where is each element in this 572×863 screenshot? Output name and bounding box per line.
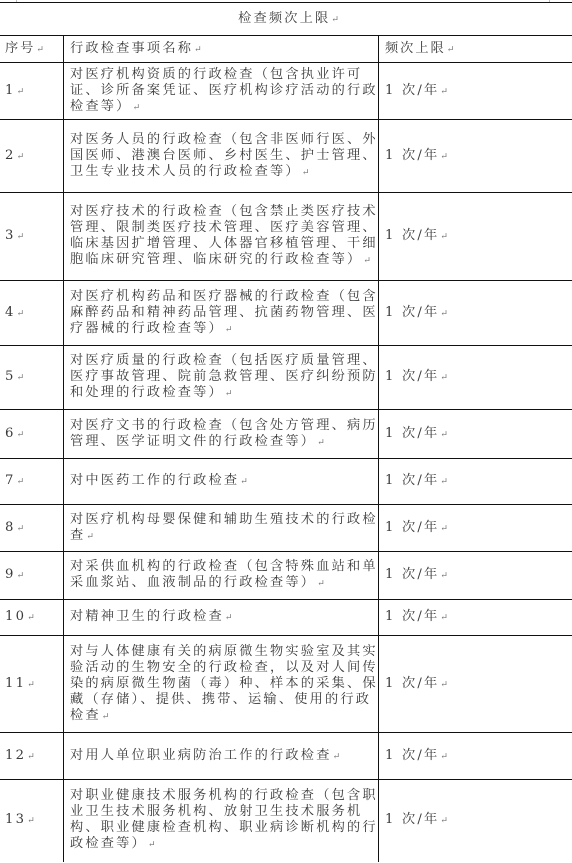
paragraph-mark-icon: ↵ (133, 103, 141, 113)
paragraph-mark-icon: ↵ (17, 152, 25, 162)
row-index: 8↵ (0, 505, 64, 552)
row-name-value: 对职业健康技术服务机构的行政检查（包含职业卫生技术服务机构、放射卫生技术服务机构… (70, 788, 378, 851)
row-name-value: 对医疗机构药品和医疗器械的行政检查（包含麻醉药品和精神药品管理、抗菌药物管理、医… (70, 289, 378, 336)
row-frequency-value: 1 次/年 (385, 676, 439, 691)
row-frequency: 1 次/年↵ (379, 600, 572, 636)
row-frequency: 1 次/年↵ (379, 193, 572, 281)
header-index: 序号↵ (0, 36, 64, 63)
paragraph-mark-icon: ↵ (27, 816, 35, 826)
paragraph-mark-icon: ↵ (440, 477, 448, 487)
row-index: 5↵ (0, 346, 64, 410)
row-frequency-value: 1 次/年 (385, 812, 439, 827)
row-frequency-value: 1 次/年 (385, 228, 439, 243)
row-name: 对医疗机构资质的行政检查（包含执业许可证、诊所备案凭证、医疗机构诊疗活动的行政检… (64, 63, 379, 120)
paragraph-mark-icon: ↵ (363, 256, 371, 266)
paragraph-mark-icon: ↵ (440, 680, 448, 690)
row-name: 对中医药工作的行政检查↵ (64, 459, 379, 505)
paragraph-mark-icon: ↵ (302, 168, 310, 178)
row-name-value: 对医疗机构母婴保健和辅助生殖技术的行政检查 (70, 512, 378, 543)
row-frequency: 1 次/年↵ (379, 733, 572, 780)
row-frequency-value: 1 次/年 (385, 567, 439, 582)
paragraph-mark-icon: ↵ (440, 613, 448, 623)
paragraph-mark-icon: ↵ (447, 45, 455, 55)
row-index-value: 6 (5, 426, 16, 441)
row-index: 3↵ (0, 193, 64, 281)
inspection-frequency-table: 检查频次上限↵ 序号↵ 行政检查事项名称↵ 频次上限↵ 1↵ 对医疗机构资质的行… (0, 2, 572, 862)
row-index: 2↵ (0, 120, 64, 193)
table-title: 检查频次上限 (238, 11, 330, 26)
paragraph-mark-icon: ↵ (86, 532, 94, 542)
table-row: 12↵ 对用人单位职业病防治工作的行政检查↵ 1 次/年↵ (0, 733, 572, 780)
row-index-value: 2 (5, 148, 16, 163)
row-frequency: 1 次/年↵ (379, 636, 572, 733)
header-name-label: 行政检查事项名称 (70, 41, 193, 56)
row-name: 对精神卫生的行政检查↵ (64, 600, 379, 636)
paragraph-mark-icon: ↵ (17, 87, 25, 97)
row-name: 对医疗机构母婴保健和辅助生殖技术的行政检查↵ (64, 505, 379, 552)
row-name: 对医疗技术的行政检查（包含禁止类医疗技术管理、限制类医疗技术管理、医疗美容管理、… (64, 193, 379, 281)
row-index: 11↵ (0, 636, 64, 733)
row-index-value: 1 (5, 83, 16, 98)
table-row: 5↵ 对医疗质量的行政检查（包括医疗质量管理、医疗事故管理、院前急救管理、医疗纠… (0, 346, 572, 410)
row-index-value: 3 (5, 228, 16, 243)
row-frequency: 1 次/年↵ (379, 120, 572, 193)
header-name: 行政检查事项名称↵ (64, 36, 379, 63)
table-row: 7↵ 对中医药工作的行政检查↵ 1 次/年↵ (0, 459, 572, 505)
paragraph-mark-icon: ↵ (17, 524, 25, 534)
table-row: 4↵ 对医疗机构药品和医疗器械的行政检查（包含麻醉药品和精神药品管理、抗菌药物管… (0, 281, 572, 346)
paragraph-mark-icon: ↵ (17, 309, 25, 319)
row-name: 对采供血机构的行政检查（包含特殊血站和单采血浆站、血液制品的行政检查等）↵ (64, 552, 379, 600)
row-frequency: 1 次/年↵ (379, 459, 572, 505)
row-frequency-value: 1 次/年 (385, 369, 439, 384)
row-index: 9↵ (0, 552, 64, 600)
paragraph-mark-icon: ↵ (333, 752, 341, 762)
paragraph-mark-icon: ↵ (102, 712, 110, 722)
paragraph-mark-icon: ↵ (440, 816, 448, 826)
row-name: 对医疗机构药品和医疗器械的行政检查（包含麻醉药品和精神药品管理、抗菌药物管理、医… (64, 281, 379, 346)
row-name-value: 对中医药工作的行政检查 (70, 473, 239, 488)
row-frequency: 1 次/年↵ (379, 410, 572, 459)
row-name-value: 对医疗文书的行政检查（包含处方管理、病历管理、医学证明文件的行政检查等） (70, 418, 378, 449)
row-index-value: 9 (5, 567, 16, 582)
row-frequency: 1 次/年↵ (379, 780, 572, 862)
paragraph-mark-icon: ↵ (331, 15, 339, 25)
paragraph-mark-icon: ↵ (440, 152, 448, 162)
row-index: 13↵ (0, 780, 64, 862)
row-index-value: 4 (5, 305, 16, 320)
row-name-value: 对采供血机构的行政检查（包含特殊血站和单采血浆站、血液制品的行政检查等） (70, 559, 378, 590)
table-row: 10↵ 对精神卫生的行政检查↵ 1 次/年↵ (0, 600, 572, 636)
row-name: 对医务人员的行政检查（包含非医师行医、外国医师、港澳台医师、乡村医生、护士管理、… (64, 120, 379, 193)
row-index: 1↵ (0, 63, 64, 120)
row-frequency-value: 1 次/年 (385, 473, 439, 488)
paragraph-mark-icon: ↵ (240, 477, 248, 487)
row-index: 4↵ (0, 281, 64, 346)
header-frequency: 频次上限↵ (379, 36, 572, 63)
row-name-value: 对医疗质量的行政检查（包括医疗质量管理、医疗事故管理、院前急救管理、医疗纠纷预防… (70, 353, 378, 400)
row-index-value: 11 (5, 676, 26, 691)
paragraph-mark-icon: ↵ (225, 613, 233, 623)
header-frequency-label: 频次上限 (385, 41, 446, 56)
paragraph-mark-icon: ↵ (440, 430, 448, 440)
row-index-value: 12 (5, 748, 26, 763)
table-row: 1↵ 对医疗机构资质的行政检查（包含执业许可证、诊所备案凭证、医疗机构诊疗活动的… (0, 63, 572, 120)
row-index: 10↵ (0, 600, 64, 636)
row-frequency-value: 1 次/年 (385, 748, 439, 763)
paragraph-mark-icon: ↵ (36, 45, 44, 55)
paragraph-mark-icon: ↵ (17, 430, 25, 440)
row-index: 12↵ (0, 733, 64, 780)
row-frequency: 1 次/年↵ (379, 281, 572, 346)
table-row: 2↵ 对医务人员的行政检查（包含非医师行医、外国医师、港澳台医师、乡村医生、护士… (0, 120, 572, 193)
row-frequency-value: 1 次/年 (385, 83, 439, 98)
paragraph-mark-icon: ↵ (17, 232, 25, 242)
row-frequency: 1 次/年↵ (379, 346, 572, 410)
paragraph-mark-icon: ↵ (440, 232, 448, 242)
table-row: 9↵ 对采供血机构的行政检查（包含特殊血站和单采血浆站、血液制品的行政检查等）↵… (0, 552, 572, 600)
paragraph-mark-icon: ↵ (440, 373, 448, 383)
paragraph-mark-icon: ↵ (317, 438, 325, 448)
row-name-value: 对医疗技术的行政检查（包含禁止类医疗技术管理、限制类医疗技术管理、医疗美容管理、… (70, 204, 378, 267)
row-name: 对用人单位职业病防治工作的行政检查↵ (64, 733, 379, 780)
row-name: 对职业健康技术服务机构的行政检查（包含职业卫生技术服务机构、放射卫生技术服务机构… (64, 780, 379, 862)
paragraph-mark-icon: ↵ (27, 613, 35, 623)
row-frequency: 1 次/年↵ (379, 505, 572, 552)
table-title-row: 检查频次上限↵ (0, 3, 572, 36)
table-title-cell: 检查频次上限↵ (0, 3, 572, 36)
row-name: 对医疗文书的行政检查（包含处方管理、病历管理、医学证明文件的行政检查等）↵ (64, 410, 379, 459)
paragraph-mark-icon: ↵ (440, 571, 448, 581)
row-index: 6↵ (0, 410, 64, 459)
row-name-value: 对医疗机构资质的行政检查（包含执业许可证、诊所备案凭证、医疗机构诊疗活动的行政检… (70, 67, 378, 114)
row-frequency: 1 次/年↵ (379, 63, 572, 120)
row-index-value: 5 (5, 369, 16, 384)
paragraph-mark-icon: ↵ (27, 752, 35, 762)
row-index-value: 8 (5, 520, 16, 535)
paragraph-mark-icon: ↵ (17, 571, 25, 581)
row-frequency-value: 1 次/年 (385, 609, 439, 624)
paragraph-mark-icon: ↵ (17, 477, 25, 487)
paragraph-mark-icon: ↵ (225, 389, 233, 399)
row-frequency-value: 1 次/年 (385, 148, 439, 163)
row-name-value: 对用人单位职业病防治工作的行政检查 (70, 748, 332, 763)
row-index: 7↵ (0, 459, 64, 505)
row-frequency-value: 1 次/年 (385, 520, 439, 535)
paragraph-mark-icon: ↵ (440, 524, 448, 534)
table-row: 11↵ 对与人体健康有关的病原微生物实验室及其实验活动的生物安全的行政检查，以及… (0, 636, 572, 733)
paragraph-mark-icon: ↵ (148, 840, 156, 850)
paragraph-mark-icon: ↵ (17, 373, 25, 383)
row-name: 对与人体健康有关的病原微生物实验室及其实验活动的生物安全的行政检查，以及对人间传… (64, 636, 379, 733)
row-name-value: 对与人体健康有关的病原微生物实验室及其实验活动的生物安全的行政检查，以及对人间传… (70, 644, 378, 723)
paragraph-mark-icon: ↵ (440, 309, 448, 319)
row-frequency: 1 次/年↵ (379, 552, 572, 600)
row-name: 对医疗质量的行政检查（包括医疗质量管理、医疗事故管理、院前急救管理、医疗纠纷预防… (64, 346, 379, 410)
row-index-value: 7 (5, 473, 16, 488)
row-frequency-value: 1 次/年 (385, 305, 439, 320)
header-index-label: 序号 (5, 41, 35, 56)
table-row: 6↵ 对医疗文书的行政检查（包含处方管理、病历管理、医学证明文件的行政检查等）↵… (0, 410, 572, 459)
paragraph-mark-icon: ↵ (317, 579, 325, 589)
paragraph-mark-icon: ↵ (440, 752, 448, 762)
paragraph-mark-icon: ↵ (225, 325, 233, 335)
table-row: 8↵ 对医疗机构母婴保健和辅助生殖技术的行政检查↵ 1 次/年↵ (0, 505, 572, 552)
paragraph-mark-icon: ↵ (27, 680, 35, 690)
paragraph-mark-icon: ↵ (440, 87, 448, 97)
table-row: 3↵ 对医疗技术的行政检查（包含禁止类医疗技术管理、限制类医疗技术管理、医疗美容… (0, 193, 572, 281)
table-row: 13↵ 对职业健康技术服务机构的行政检查（包含职业卫生技术服务机构、放射卫生技术… (0, 780, 572, 862)
paragraph-mark-icon: ↵ (194, 45, 202, 55)
row-frequency-value: 1 次/年 (385, 426, 439, 441)
row-name-value: 对精神卫生的行政检查 (70, 609, 224, 624)
table-header-row: 序号↵ 行政检查事项名称↵ 频次上限↵ (0, 36, 572, 63)
row-index-value: 10 (5, 609, 26, 624)
row-index-value: 13 (5, 812, 26, 827)
row-name-value: 对医务人员的行政检查（包含非医师行医、外国医师、港澳台医师、乡村医生、护士管理、… (70, 132, 378, 179)
